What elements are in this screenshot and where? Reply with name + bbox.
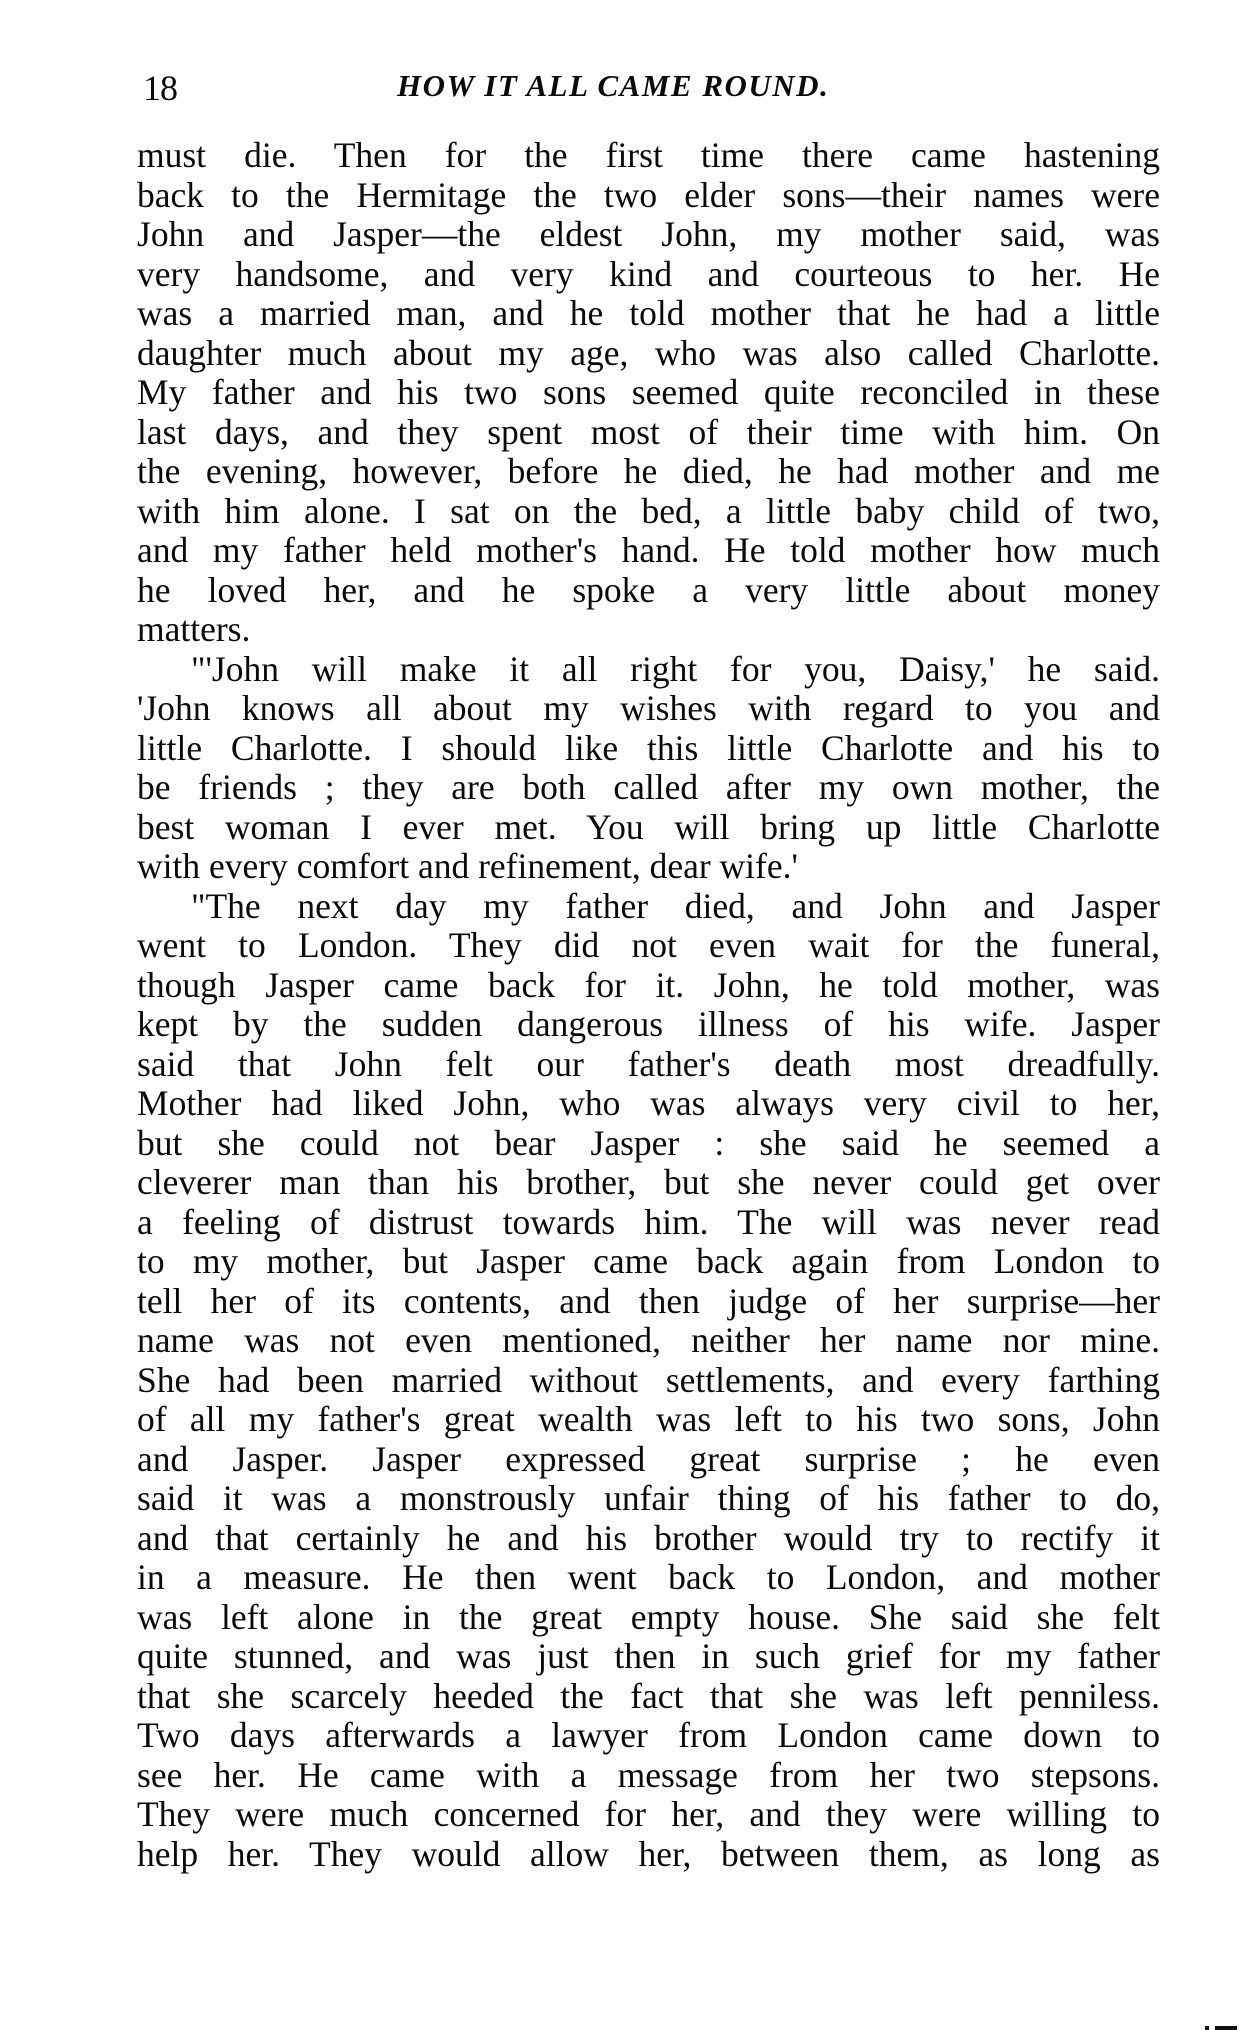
- text-line: must die. Then for the first time there …: [137, 136, 1160, 176]
- text-line: and Jasper. Jasper expressed great surpr…: [137, 1440, 1160, 1480]
- text-line: with every comfort and refinement, dear …: [137, 847, 1160, 887]
- text-line: John and Jasper—the eldest John, my moth…: [137, 215, 1160, 255]
- text-line: matters.: [137, 610, 1160, 650]
- text-line: in a measure. He then went back to Londo…: [137, 1558, 1160, 1598]
- text-line: name was not even mentioned, neither her…: [137, 1321, 1160, 1361]
- text-line: was a married man, and he told mother th…: [137, 294, 1160, 334]
- text-line: cleverer man than his brother, but she n…: [137, 1163, 1160, 1203]
- text-line: They were much concerned for her, and th…: [137, 1795, 1160, 1835]
- text-line: little Charlotte. I should like this lit…: [137, 729, 1160, 769]
- text-line: "The next day my father died, and John a…: [137, 887, 1160, 927]
- text-line: a feeling of distrust towards him. The w…: [137, 1203, 1160, 1243]
- text-line: with him alone. I sat on the bed, a litt…: [137, 492, 1160, 532]
- text-line: went to London. They did not even wait f…: [137, 926, 1160, 966]
- text-line: see her. He came with a message from her…: [137, 1756, 1160, 1796]
- text-line: but she could not bear Jasper : she said…: [137, 1124, 1160, 1164]
- text-line: "'John will make it all right for you, D…: [137, 650, 1160, 690]
- text-line: back to the Hermitage the two elder sons…: [137, 176, 1160, 216]
- text-line: My father and his two sons seemed quite …: [137, 373, 1160, 413]
- text-line: though Jasper came back for it. John, he…: [137, 966, 1160, 1006]
- body-text: must die. Then for the first time there …: [137, 136, 1160, 1874]
- text-line: very handsome, and very kind and courteo…: [137, 255, 1160, 295]
- text-line: to my mother, but Jasper came back again…: [137, 1242, 1160, 1282]
- scan-artifact-mark: [1215, 2026, 1237, 2030]
- text-line: 'John knows all about my wishes with reg…: [137, 689, 1160, 729]
- text-line: said that John felt our father's death m…: [137, 1045, 1160, 1085]
- text-line: he loved her, and he spoke a very little…: [137, 571, 1160, 611]
- text-line: last days, and they spent most of their …: [137, 413, 1160, 453]
- text-line: was left alone in the great empty house.…: [137, 1598, 1160, 1638]
- text-line: of all my father's great wealth was left…: [137, 1400, 1160, 1440]
- text-line: quite stunned, and was just then in such…: [137, 1637, 1160, 1677]
- text-line: and that certainly he and his brother wo…: [137, 1519, 1160, 1559]
- text-line: Mother had liked John, who was always ve…: [137, 1084, 1160, 1124]
- text-line: the evening, however, before he died, he…: [137, 452, 1160, 492]
- running-title: HOW IT ALL CAME ROUND.: [397, 66, 829, 106]
- text-line: daughter much about my age, who was also…: [137, 334, 1160, 374]
- text-line: tell her of its contents, and then judge…: [137, 1282, 1160, 1322]
- page-number: 18: [143, 68, 177, 108]
- page-header: 18 HOW IT ALL CAME ROUND.: [137, 64, 1160, 108]
- text-line: be friends ; they are both called after …: [137, 768, 1160, 808]
- text-line: said it was a monstrously unfair thing o…: [137, 1479, 1160, 1519]
- text-line: best woman I ever met. You will bring up…: [137, 808, 1160, 848]
- text-line: kept by the sudden dangerous illness of …: [137, 1005, 1160, 1045]
- text-line: help her. They would allow her, between …: [137, 1835, 1160, 1875]
- text-line: Two days afterwards a lawyer from London…: [137, 1716, 1160, 1756]
- text-line: that she scarcely heeded the fact that s…: [137, 1677, 1160, 1717]
- text-line: She had been married without settlements…: [137, 1361, 1160, 1401]
- text-line: and my father held mother's hand. He tol…: [137, 531, 1160, 571]
